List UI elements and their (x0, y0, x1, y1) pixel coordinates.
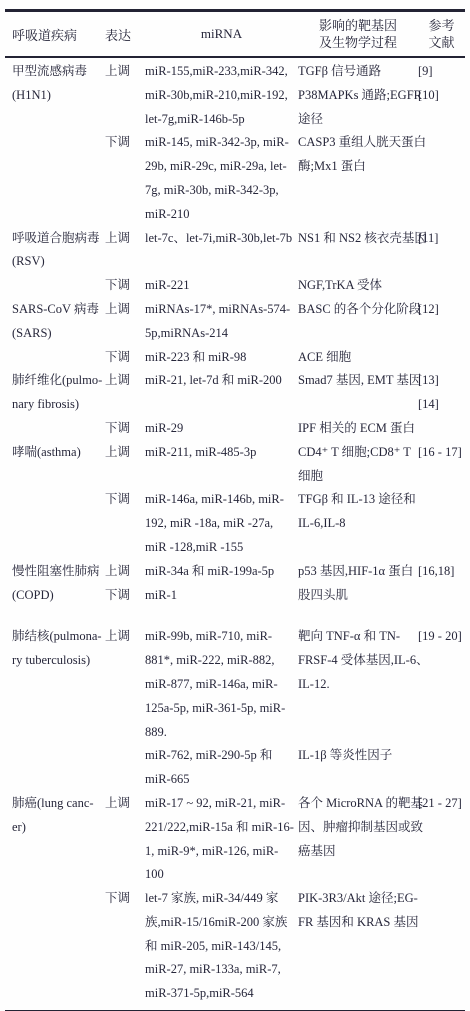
cell-mirna: 100 (145, 863, 298, 887)
cell-reference (418, 346, 465, 370)
cell-target-gene (298, 721, 418, 745)
header-ref-line2: 文献 (418, 34, 465, 51)
cell-reference (418, 911, 465, 935)
cell-disease (5, 982, 105, 1006)
cell-expression: 上调 (105, 441, 145, 465)
cell-reference (418, 982, 465, 1006)
cell-expression (105, 607, 145, 625)
cell-target-gene (298, 697, 418, 721)
cell-expression (105, 816, 145, 840)
cell-disease: (SARS) (5, 322, 105, 346)
table-row: 7g, miR-30b, miR-342-3p, (5, 179, 465, 203)
cell-reference (418, 697, 465, 721)
cell-expression: 上调 (105, 625, 145, 649)
table-row: ry tuberculosis) 881*, miR-222, miR-882,… (5, 649, 465, 673)
cell-mirna (145, 393, 298, 417)
cell-reference (418, 203, 465, 227)
cell-reference (418, 131, 465, 155)
cell-target-gene (298, 250, 418, 274)
cell-target-gene: IPF 相关的 ECM 蛋白 (298, 417, 418, 441)
table-row: (H1N1) miR-30b,miR-210,miR-192, P38MAPKs… (5, 84, 465, 108)
cell-mirna: 1, miR-9*, miR-126, miR- (145, 840, 298, 864)
cell-target-gene (298, 203, 418, 227)
cell-disease (5, 488, 105, 512)
cell-reference (418, 536, 465, 560)
cell-target-gene (298, 179, 418, 203)
cell-mirna: let-7 家族, miR-34/449 家 (145, 887, 298, 911)
cell-disease: ry tuberculosis) (5, 649, 105, 673)
cell-disease (5, 863, 105, 887)
table-row: miR-210 (5, 203, 465, 227)
cell-target-gene: IL-1β 等炎性因子 (298, 744, 418, 768)
cell-mirna: 5p,miRNAs-214 (145, 322, 298, 346)
cell-mirna: miR-27, miR-133a, miR-7, (145, 958, 298, 982)
cell-expression (105, 721, 145, 745)
cell-disease (5, 887, 105, 911)
cell-expression (105, 322, 145, 346)
cell-disease (5, 346, 105, 370)
table-header-row: 呼吸道疾病 表达 miRNA 影响的靶基因 及生物学过程 参考 文献 (5, 12, 465, 58)
table-row: er) 221/222,miR-15a 和 miR-16- 因、肿瘤抑制基因或致 (5, 816, 465, 840)
cell-expression (105, 250, 145, 274)
cell-disease: SARS-CoV 病毒 (5, 298, 105, 322)
cell-mirna: 221/222,miR-15a 和 miR-16- (145, 816, 298, 840)
cell-disease: 肺纤维化(pulmo- (5, 369, 105, 393)
cell-target-gene: FRSF-4 受体基因,IL-6、 (298, 649, 418, 673)
table-row: 889. (5, 721, 465, 745)
cell-mirna: 族,miR-15/16miR-200 家族 (145, 911, 298, 935)
cell-disease: 甲型流感病毒 (5, 60, 105, 84)
cell-reference: [10] (418, 84, 465, 108)
cell-disease: 慢性阻塞性肺病 (5, 560, 105, 584)
cell-target-gene: p53 基因,HIF-1α 蛋白 (298, 560, 418, 584)
cell-expression: 上调 (105, 369, 145, 393)
header-disease: 呼吸道疾病 (5, 12, 105, 56)
table-row: 肺结核(pulmona- 上调 miR-99b, miR-710, miR- 靶… (5, 625, 465, 649)
cell-mirna: 125a-5p, miR-361-5p, miR- (145, 697, 298, 721)
table-row: 肺癌(lung canc- 上调 miR-17 ~ 92, miR-21, mi… (5, 792, 465, 816)
table-row: 29b, miR-29c, miR-29a, let- 酶;Mx1 蛋白 (5, 155, 465, 179)
cell-disease (5, 697, 105, 721)
header-reference: 参考 文献 (418, 12, 465, 56)
table-row: 125a-5p, miR-361-5p, miR- (5, 697, 465, 721)
cell-target-gene: 股四头肌 (298, 584, 418, 608)
cell-mirna: miR-34a 和 miR-199a-5p (145, 560, 298, 584)
cell-reference: [19 - 20] (418, 625, 465, 649)
cell-mirna: miR-1 (145, 584, 298, 608)
cell-disease: (COPD) (5, 584, 105, 608)
cell-target-gene: 酶;Mx1 蛋白 (298, 155, 418, 179)
cell-mirna: miR-146a, miR-146b, miR- (145, 488, 298, 512)
cell-disease (5, 512, 105, 536)
cell-disease (5, 673, 105, 697)
table-row: 肺纤维化(pulmo- 上调 miR-21, let-7d 和 miR-200 … (5, 369, 465, 393)
cell-mirna (145, 607, 298, 625)
cell-target-gene: 各个 MicroRNA 的靶基 (298, 792, 418, 816)
cell-disease (5, 417, 105, 441)
cell-disease (5, 744, 105, 768)
cell-disease (5, 131, 105, 155)
table-row: 192, miR -18a, miR -27a, IL-6,IL-8 (5, 512, 465, 536)
cell-expression (105, 958, 145, 982)
header-disease-label: 呼吸道疾病 (12, 25, 105, 44)
cell-mirna: miR-221 (145, 274, 298, 298)
cell-expression (105, 673, 145, 697)
cell-reference (418, 250, 465, 274)
header-mirna: miRNA (145, 12, 298, 56)
table-row: nary fibrosis) [14] (5, 393, 465, 417)
cell-reference (418, 465, 465, 489)
cell-disease (5, 768, 105, 792)
cell-target-gene: 因、肿瘤抑制基因或致 (298, 816, 418, 840)
cell-expression: 上调 (105, 298, 145, 322)
table-row: 1, miR-9*, miR-126, miR- 癌基因 (5, 840, 465, 864)
cell-target-gene (298, 393, 418, 417)
cell-reference (418, 887, 465, 911)
cell-disease: er) (5, 816, 105, 840)
cell-expression (105, 512, 145, 536)
table-row: miR -128,miR -155 (5, 536, 465, 560)
cell-reference (418, 958, 465, 982)
cell-reference: [13] (418, 369, 465, 393)
cell-mirna: miR-877, miR-146a, miR- (145, 673, 298, 697)
table-row: 慢性阻塞性肺病 上调 miR-34a 和 miR-199a-5p p53 基因,… (5, 560, 465, 584)
cell-mirna: 7g, miR-30b, miR-342-3p, (145, 179, 298, 203)
cell-disease (5, 935, 105, 959)
cell-target-gene: P38MAPKs 通路;EGFR (298, 84, 418, 108)
cell-expression (105, 465, 145, 489)
table-row: 和 miR-205, miR-143/145, (5, 935, 465, 959)
table-body: 甲型流感病毒 上调 miR-155,miR-233,miR-342, TGFβ … (5, 58, 465, 1010)
cell-target-gene: FR 基因和 KRAS 基因 (298, 911, 418, 935)
cell-reference (418, 607, 465, 625)
cell-expression (105, 649, 145, 673)
cell-reference (418, 488, 465, 512)
cell-expression: 下调 (105, 488, 145, 512)
table-row: miR-762, miR-290-5p 和 IL-1β 等炎性因子 (5, 744, 465, 768)
cell-disease: nary fibrosis) (5, 393, 105, 417)
cell-expression: 上调 (105, 227, 145, 251)
cell-target-gene (298, 935, 418, 959)
cell-mirna: miR-762, miR-290-5p 和 (145, 744, 298, 768)
cell-reference (418, 108, 465, 132)
cell-disease (5, 911, 105, 935)
table-row: (COPD) 下调 miR-1 股四头肌 (5, 584, 465, 608)
header-mirna-label: miRNA (145, 26, 298, 42)
cell-disease (5, 721, 105, 745)
cell-target-gene (298, 607, 418, 625)
cell-mirna: miR-223 和 miR-98 (145, 346, 298, 370)
cell-expression (105, 179, 145, 203)
cell-mirna (145, 250, 298, 274)
cell-disease (5, 155, 105, 179)
cell-disease: 哮喘(asthma) (5, 441, 105, 465)
cell-expression (105, 536, 145, 560)
cell-target-gene: PIK-3R3/Akt 途径;EG- (298, 887, 418, 911)
cell-target-gene: NS1 和 NS2 核衣壳基因 (298, 227, 418, 251)
cell-mirna: miR-29 (145, 417, 298, 441)
cell-disease (5, 203, 105, 227)
cell-expression (105, 863, 145, 887)
cell-reference (418, 322, 465, 346)
cell-mirna: miR-211, miR-485-3p (145, 441, 298, 465)
cell-reference (418, 816, 465, 840)
cell-target-gene: BASC 的各个分化阶段 (298, 298, 418, 322)
table-row: 下调 miR-145, miR-342-3p, miR- CASP3 重组人胱天… (5, 131, 465, 155)
cell-disease (5, 465, 105, 489)
cell-expression (105, 911, 145, 935)
cell-mirna: let-7c、let-7i,miR-30b,let-7b (145, 227, 298, 251)
cell-disease (5, 958, 105, 982)
table-row: 甲型流感病毒 上调 miR-155,miR-233,miR-342, TGFβ … (5, 60, 465, 84)
table-row: 下调 miR-223 和 miR-98 ACE 细胞 (5, 346, 465, 370)
cell-target-gene (298, 322, 418, 346)
cell-mirna: 889. (145, 721, 298, 745)
cell-mirna: miR-30b,miR-210,miR-192, (145, 84, 298, 108)
table-row: miR-877, miR-146a, miR- IL-12. (5, 673, 465, 697)
cell-disease: 呼吸道合胞病毒 (5, 227, 105, 251)
cell-reference (418, 721, 465, 745)
table-row: miR-27, miR-133a, miR-7, (5, 958, 465, 982)
table-row: 下调 miR-221 NGF,TrKA 受体 (5, 274, 465, 298)
table-row: (RSV) (5, 250, 465, 274)
table-row: let-7g,miR-146b-5p 途径 (5, 108, 465, 132)
cell-mirna: miR-99b, miR-710, miR- (145, 625, 298, 649)
cell-mirna: miR-371-5p,miR-564 (145, 982, 298, 1006)
cell-disease (5, 840, 105, 864)
cell-target-gene (298, 982, 418, 1006)
cell-disease (5, 536, 105, 560)
cell-reference (418, 744, 465, 768)
mirna-disease-table: 呼吸道疾病 表达 miRNA 影响的靶基因 及生物学过程 参考 文献 甲型流感病… (5, 9, 465, 1011)
table-row: 细胞 (5, 465, 465, 489)
cell-reference (418, 155, 465, 179)
cell-target-gene: CASP3 重组人胱天蛋白 (298, 131, 418, 155)
header-ref-line1: 参考 (418, 17, 465, 34)
cell-reference: [16 - 17] (418, 441, 465, 465)
cell-reference (418, 274, 465, 298)
cell-target-gene: TGFβ 信号通路 (298, 60, 418, 84)
cell-disease: (H1N1) (5, 84, 105, 108)
table-row: (SARS) 5p,miRNAs-214 (5, 322, 465, 346)
table-row: 呼吸道合胞病毒 上调 let-7c、let-7i,miR-30b,let-7b … (5, 227, 465, 251)
table-row: SARS-CoV 病毒 上调 miRNAs-17*, miRNAs-574- B… (5, 298, 465, 322)
cell-reference (418, 935, 465, 959)
header-target-line1: 影响的靶基因 (298, 17, 418, 34)
cell-expression: 下调 (105, 417, 145, 441)
table-row: miR-665 (5, 768, 465, 792)
cell-expression: 下调 (105, 887, 145, 911)
cell-reference (418, 840, 465, 864)
cell-expression (105, 84, 145, 108)
cell-reference (418, 512, 465, 536)
header-target-line2: 及生物学过程 (298, 34, 418, 51)
cell-expression (105, 155, 145, 179)
cell-target-gene (298, 958, 418, 982)
cell-expression (105, 982, 145, 1006)
table-row: 下调 miR-146a, miR-146b, miR- TFGβ 和 IL-13… (5, 488, 465, 512)
cell-expression: 下调 (105, 346, 145, 370)
cell-mirna: miRNAs-17*, miRNAs-574- (145, 298, 298, 322)
cell-expression: 下调 (105, 131, 145, 155)
header-target-gene: 影响的靶基因 及生物学过程 (298, 12, 418, 56)
cell-target-gene: IL-12. (298, 673, 418, 697)
cell-target-gene: 途径 (298, 108, 418, 132)
cell-mirna: miR -128,miR -155 (145, 536, 298, 560)
cell-expression: 上调 (105, 60, 145, 84)
cell-reference: [21 - 27] (418, 792, 465, 816)
cell-disease: (RSV) (5, 250, 105, 274)
cell-target-gene (298, 536, 418, 560)
cell-disease (5, 274, 105, 298)
cell-reference (418, 649, 465, 673)
cell-expression (105, 108, 145, 132)
cell-mirna: miR-155,miR-233,miR-342, (145, 60, 298, 84)
cell-disease: 肺癌(lung canc- (5, 792, 105, 816)
cell-reference: [11] (418, 227, 465, 251)
cell-reference (418, 584, 465, 608)
cell-mirna: let-7g,miR-146b-5p (145, 108, 298, 132)
cell-reference: [16,18] (418, 560, 465, 584)
cell-mirna: miR-145, miR-342-3p, miR- (145, 131, 298, 155)
cell-expression: 下调 (105, 584, 145, 608)
table-row: 哮喘(asthma) 上调 miR-211, miR-485-3p CD4⁺ T… (5, 441, 465, 465)
cell-disease: 肺结核(pulmona- (5, 625, 105, 649)
cell-mirna: 和 miR-205, miR-143/145, (145, 935, 298, 959)
cell-target-gene: IL-6,IL-8 (298, 512, 418, 536)
cell-disease (5, 108, 105, 132)
cell-expression: 上调 (105, 560, 145, 584)
cell-expression (105, 393, 145, 417)
cell-reference (418, 179, 465, 203)
cell-mirna: miR-17 ~ 92, miR-21, miR- (145, 792, 298, 816)
cell-disease (5, 179, 105, 203)
cell-target-gene (298, 768, 418, 792)
cell-reference (418, 863, 465, 887)
table-row: 100 (5, 863, 465, 887)
cell-mirna (145, 465, 298, 489)
cell-mirna: miR-665 (145, 768, 298, 792)
cell-expression (105, 203, 145, 227)
cell-expression (105, 768, 145, 792)
cell-target-gene: NGF,TrKA 受体 (298, 274, 418, 298)
cell-reference: [14] (418, 393, 465, 417)
table-row: 下调 let-7 家族, miR-34/449 家 PIK-3R3/Akt 途径… (5, 887, 465, 911)
cell-target-gene: CD4⁺ T 细胞;CD8⁺ T (298, 441, 418, 465)
cell-reference: [12] (418, 298, 465, 322)
cell-expression (105, 697, 145, 721)
table-row (5, 607, 465, 625)
cell-disease (5, 607, 105, 625)
cell-reference (418, 673, 465, 697)
cell-expression: 上调 (105, 792, 145, 816)
cell-target-gene: 细胞 (298, 465, 418, 489)
cell-mirna: miR-21, let-7d 和 miR-200 (145, 369, 298, 393)
header-expression-label: 表达 (105, 25, 145, 44)
cell-mirna: 881*, miR-222, miR-882, (145, 649, 298, 673)
cell-target-gene: ACE 细胞 (298, 346, 418, 370)
cell-mirna: 192, miR -18a, miR -27a, (145, 512, 298, 536)
cell-mirna: 29b, miR-29c, miR-29a, let- (145, 155, 298, 179)
cell-expression (105, 935, 145, 959)
cell-reference (418, 768, 465, 792)
cell-target-gene: 癌基因 (298, 840, 418, 864)
cell-reference: [9] (418, 60, 465, 84)
cell-target-gene (298, 863, 418, 887)
cell-expression (105, 840, 145, 864)
cell-reference (418, 417, 465, 441)
cell-target-gene: Smad7 基因, EMT 基因 (298, 369, 418, 393)
cell-expression (105, 744, 145, 768)
table-row: 下调 miR-29 IPF 相关的 ECM 蛋白 (5, 417, 465, 441)
cell-target-gene: TFGβ 和 IL-13 途径和 (298, 488, 418, 512)
cell-expression: 下调 (105, 274, 145, 298)
table-row: miR-371-5p,miR-564 (5, 982, 465, 1006)
cell-target-gene: 靶向 TNF-α 和 TN- (298, 625, 418, 649)
header-expression: 表达 (105, 12, 145, 56)
cell-mirna: miR-210 (145, 203, 298, 227)
table-row: 族,miR-15/16miR-200 家族 FR 基因和 KRAS 基因 (5, 911, 465, 935)
